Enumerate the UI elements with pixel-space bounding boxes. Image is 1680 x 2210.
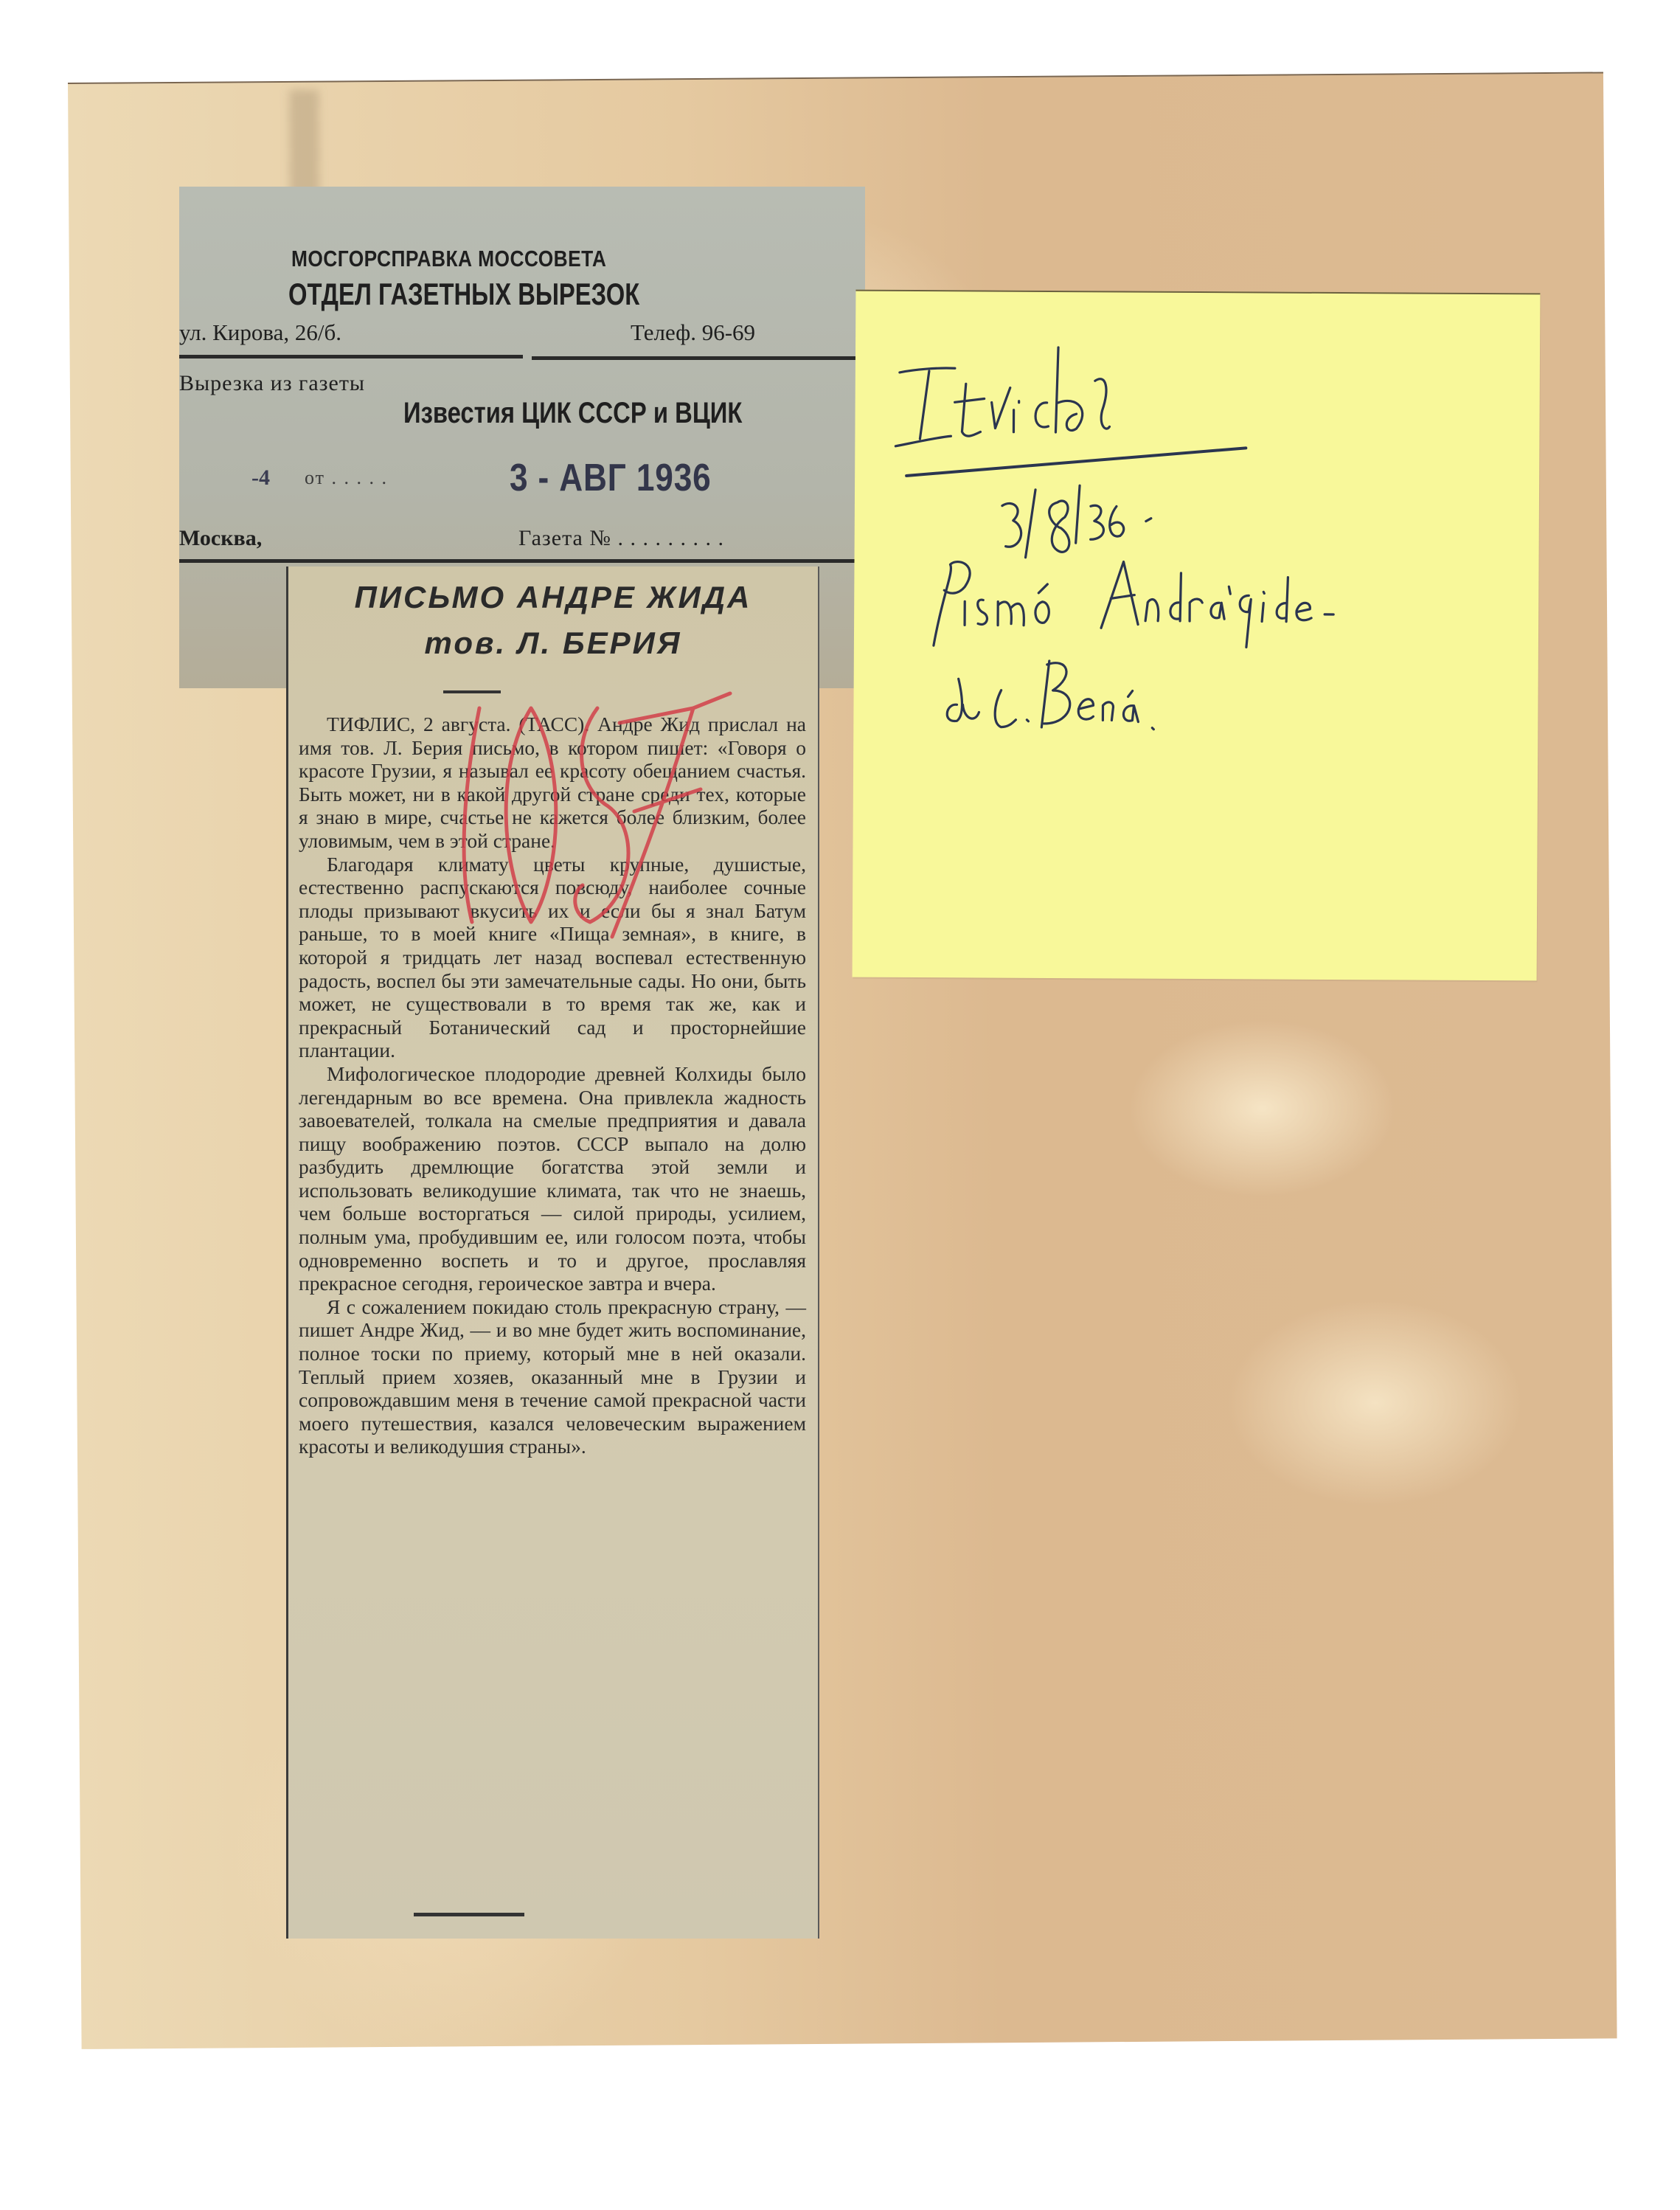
newspaper-article: ПИСЬМО АНДРЕ ЖИДА тов. Л. БЕРИЯ ТИФЛИС, … [286, 567, 819, 1939]
divider [179, 559, 862, 563]
address: ул. Кирова, 26/б. [179, 319, 341, 346]
date-prefix: от . . . . . [305, 467, 388, 489]
title-separator [443, 690, 501, 693]
source-label: Вырезка из газеты [179, 371, 365, 396]
article-subtitle: тов. Л. БЕРИЯ [288, 626, 818, 661]
end-rule [414, 1913, 524, 1916]
article-body: ТИФЛИС, 2 августа. (ТАСС). Андре Жид при… [299, 713, 806, 1458]
article-paragraph: ТИФЛИС, 2 августа. (ТАСС). Андре Жид при… [299, 713, 806, 853]
stamp-mark: -4 [251, 465, 270, 491]
city: Москва, [179, 526, 262, 551]
sticky-note: Itvictsia 3/8/36 - Pismó Andrai Gide - d… [853, 290, 1541, 981]
phone: Телеф. 96-69 [631, 319, 755, 346]
article-paragraph: Мифологическое плодородие древней Колхид… [299, 1062, 806, 1295]
newspaper-name: Известия ЦИК СССР и ВЦИК [403, 397, 742, 430]
gazeta-number-label: Газета № . . . . . . . . . [518, 526, 724, 551]
article-paragraph: Благодаря климату цветы крупные, душисты… [299, 853, 806, 1062]
date-stamp: 3 - АВГ 1936 [510, 456, 712, 500]
article-paragraph: Я с сожалением покидаю столь прекрасную … [299, 1295, 806, 1458]
department-name: ОТДЕЛ ГАЗЕТНЫХ ВЫРЕЗОК [288, 277, 639, 312]
organization-name: МОСГОРСПРАВКА МОССОВЕТА [291, 246, 606, 272]
article-title: ПИСЬМО АНДРЕ ЖИДА [288, 580, 818, 615]
handwriting [853, 291, 1541, 981]
divider [532, 356, 862, 360]
divider [179, 355, 523, 358]
